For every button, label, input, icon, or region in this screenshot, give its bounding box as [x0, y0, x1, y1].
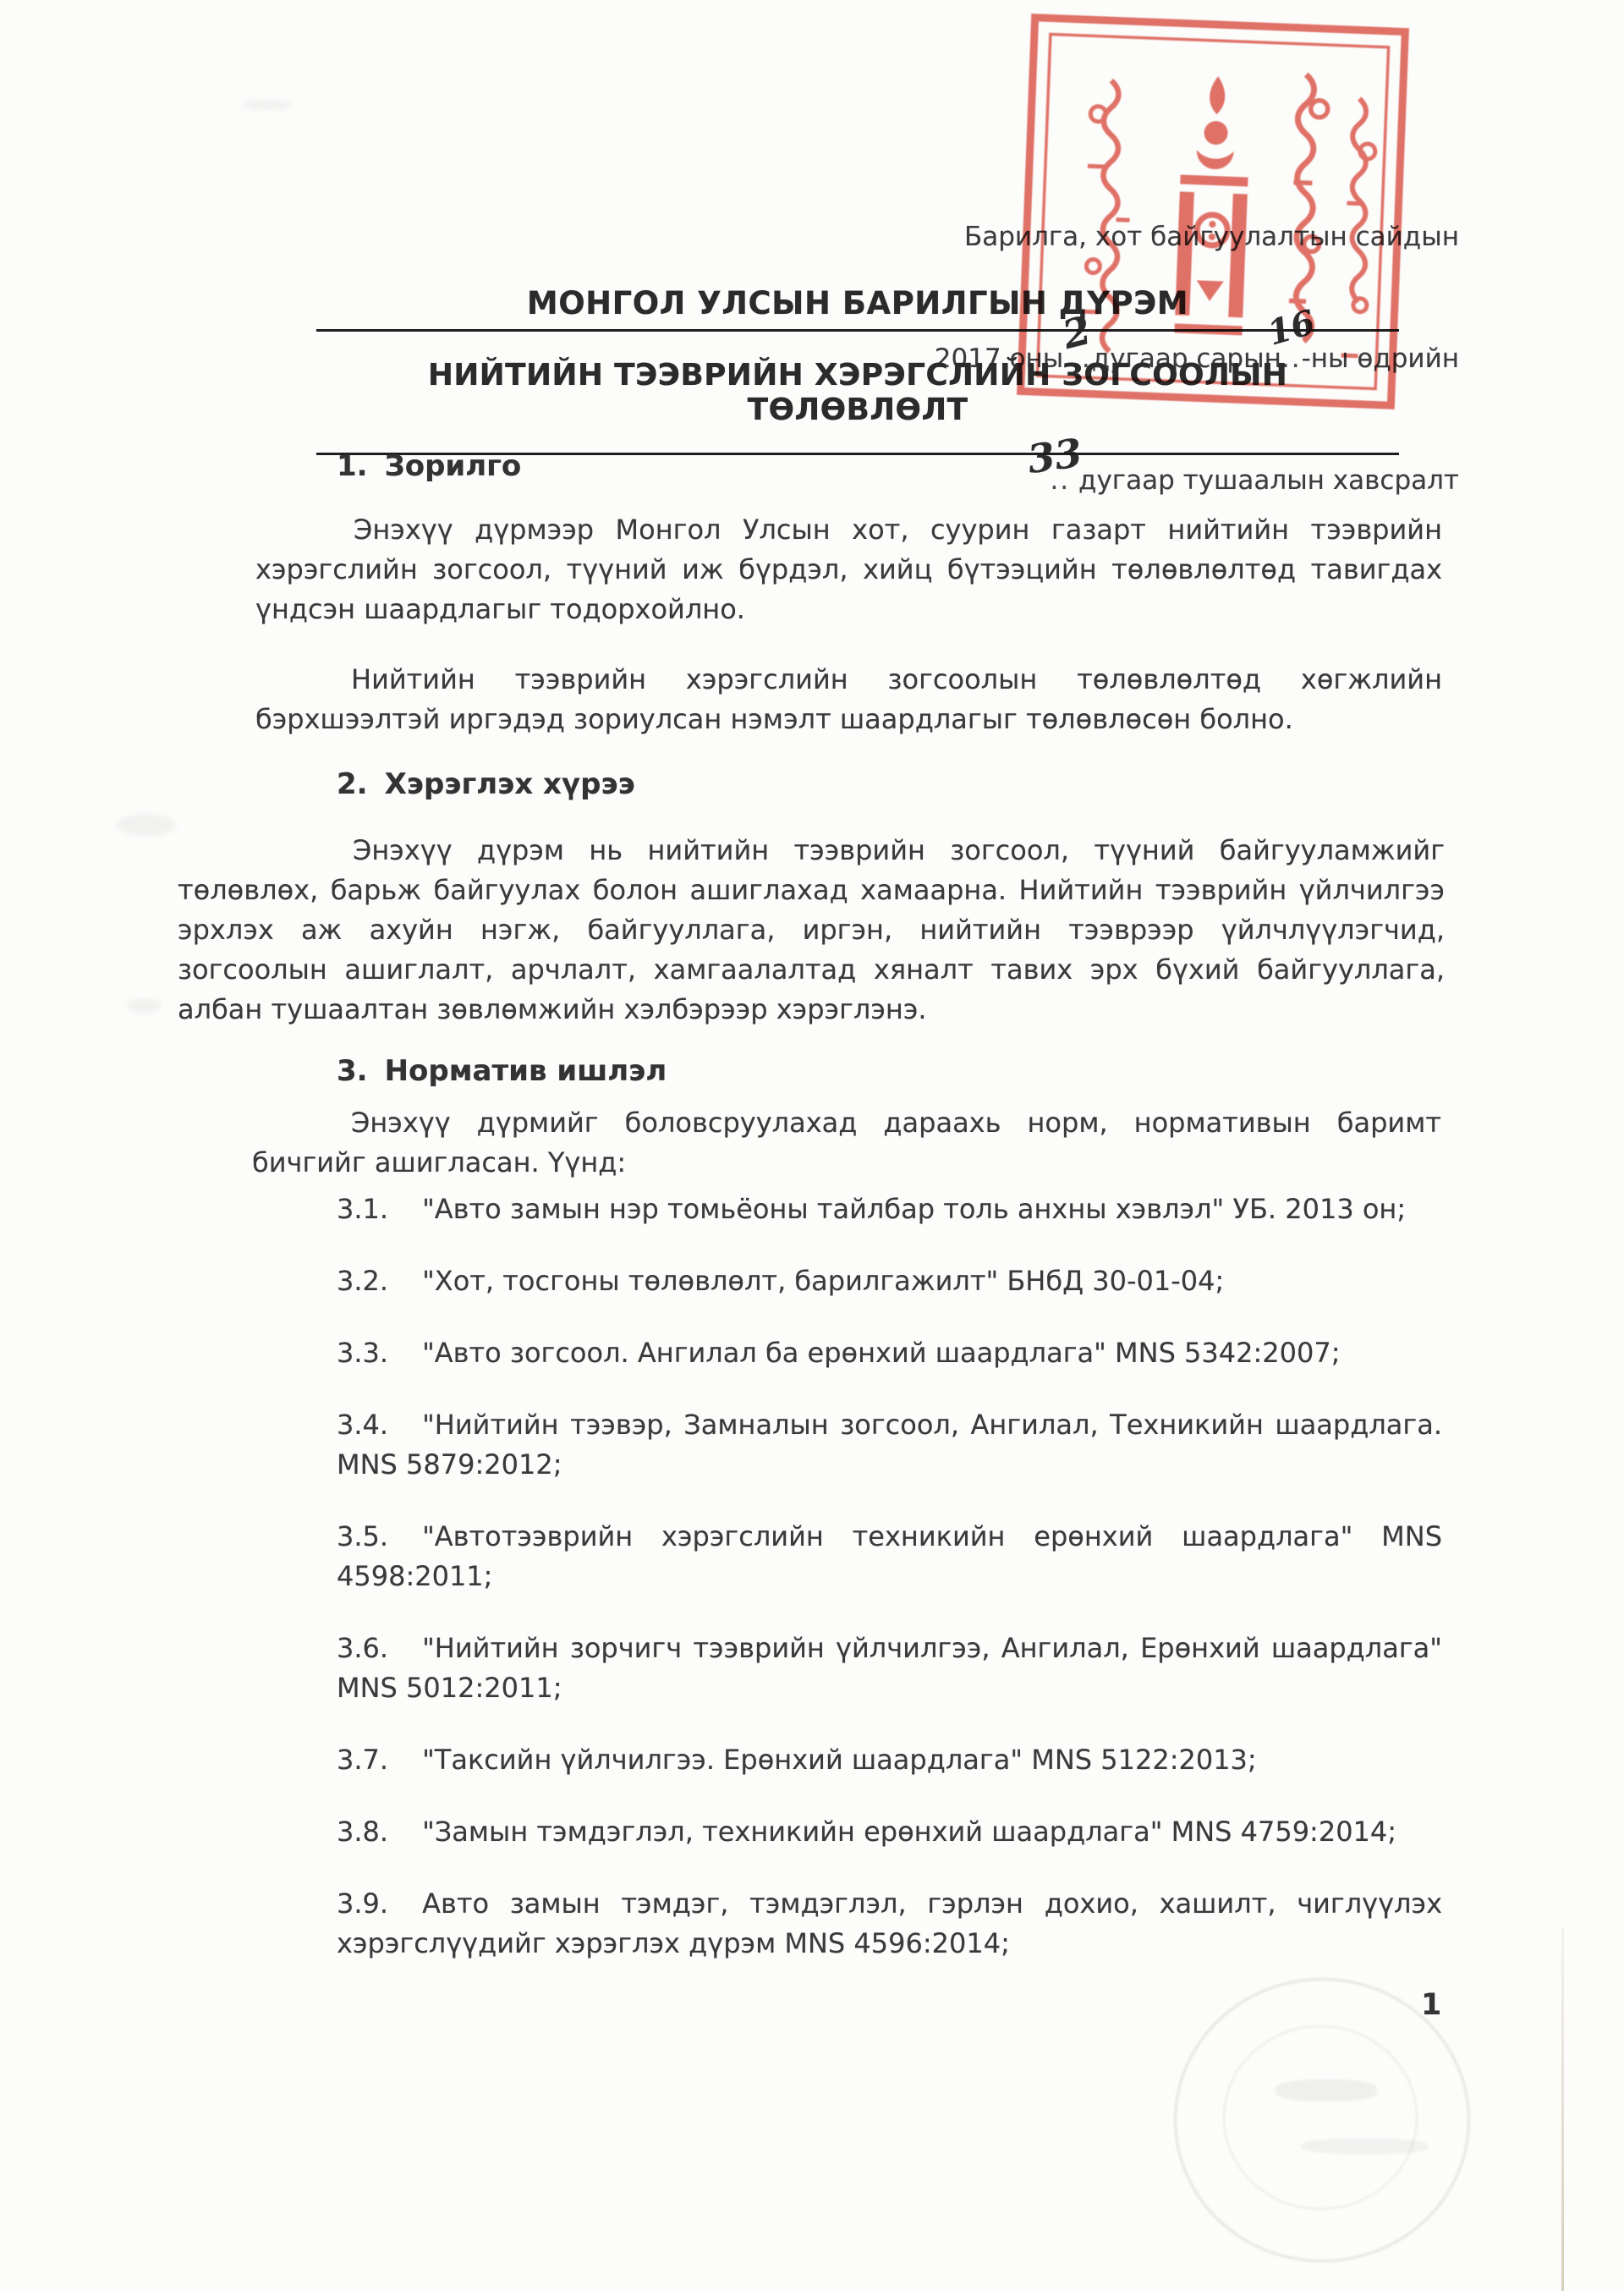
reference-item-3-2: 3.2."Хот, тосгоны төлөвлөлт, барилгажилт… [337, 1261, 1442, 1301]
section-3-paragraph-1: Энэхүү дүрмийг боловсруулахад дараахь но… [252, 1103, 1441, 1183]
section-2-paragraph-1: Энэхүү дүрэм нь нийтийн тээврийн зогсоол… [178, 831, 1445, 1030]
reference-number: 3.3. [337, 1337, 422, 1369]
reference-number: 3.1. [337, 1193, 422, 1225]
section-3-heading: 3.Норматив ишлэл [337, 1052, 1624, 1091]
reference-text: Авто замын тэмдэг, тэмдэглэл, гэрлэн дох… [337, 1887, 1442, 1959]
reference-text: "Авто зогсоол. Ангилал ба ерөнхий шаардл… [422, 1337, 1340, 1369]
section-1-paragraph-1: Энэхүү дүрмээр Монгол Улсын хот, суурин … [255, 510, 1442, 629]
seal-outer-border [1021, 18, 1406, 405]
reference-item-3-1: 3.1."Авто замын нэр томьёоны тайлбар тол… [337, 1189, 1442, 1229]
reference-text: "Автотээврийн хэрэгслийн техникийн ерөнх… [337, 1520, 1442, 1592]
reference-number: 3.6. [337, 1632, 422, 1664]
reference-item-3-7: 3.7."Таксийн үйлчилгээ. Ерөнхий шаардлаг… [337, 1740, 1442, 1780]
seal-right-script-column [1287, 74, 1379, 356]
reference-item-3-5: 3.5."Автотээврийн хэрэгслийн техникийн е… [337, 1517, 1442, 1596]
reference-text: "Нийтийн тээвэр, Замналын зогсоол, Ангил… [337, 1409, 1442, 1481]
section-2-heading: 2.Хэрэглэх хүрээ [337, 765, 1624, 805]
reference-number: 3.8. [337, 1816, 422, 1848]
reference-number: 3.5. [337, 1520, 422, 1552]
section-1-heading: 1.Зорилго [337, 447, 1624, 486]
section-3-number: 3. [337, 1054, 368, 1088]
seal-left-script-column [1081, 80, 1135, 352]
soyombo-seal-graphic [1014, 11, 1411, 411]
section-2-number: 2. [337, 767, 368, 801]
ghost-stamp-inner-circle [1223, 2025, 1418, 2210]
ghost-stamp-mark [1301, 2139, 1428, 2154]
page-number: 1 [1421, 1988, 1441, 2022]
reference-text: "Замын тэмдэглэл, техникийн ерөнхий шаар… [422, 1816, 1396, 1848]
reference-text: "Нийтийн зорчигч тээврийн үйлчилгээ, Анг… [337, 1632, 1442, 1704]
scan-smudge [242, 100, 293, 110]
section-1-paragraph-2: Нийтийн тээврийн хэрэгслийн зогсоолын тө… [255, 660, 1442, 739]
reference-item-3-3: 3.3."Авто зогсоол. Ангилал ба ерөнхий ша… [337, 1333, 1442, 1373]
reference-item-3-4: 3.4."Нийтийн тээвэр, Замналын зогсоол, А… [337, 1405, 1442, 1485]
reference-list: 3.1."Авто замын нэр томьёоны тайлбар тол… [337, 1189, 1442, 1964]
reference-text: "Таксийн үйлчилгээ. Ерөнхий шаардлага" M… [422, 1744, 1257, 1776]
seal-soyombo-emblem [1174, 75, 1252, 336]
reference-text: "Авто замын нэр томьёоны тайлбар толь ан… [422, 1193, 1406, 1225]
section-1-number: 1. [337, 449, 368, 483]
ghost-stamp-mark [1276, 2079, 1377, 2101]
section-2-title: Хэрэглэх хүрээ [385, 767, 635, 801]
document-body: 1.Зорилго Энэхүү дүрмээр Монгол Улсын хо… [0, 442, 1624, 1996]
section-1-title: Зорилго [385, 449, 522, 483]
reference-item-3-9: 3.9.Авто замын тэмдэг, тэмдэглэл, гэрлэн… [337, 1884, 1442, 1964]
reference-item-3-8: 3.8."Замын тэмдэглэл, техникийн ерөнхий … [337, 1812, 1442, 1852]
reference-number: 3.7. [337, 1744, 422, 1776]
red-official-seal-stamp [1014, 11, 1411, 411]
reference-number: 3.4. [337, 1409, 422, 1441]
reference-number: 3.2. [337, 1265, 422, 1297]
reference-text: "Хот, тосгоны төлөвлөлт, барилгажилт" БН… [422, 1265, 1224, 1297]
section-3-title: Норматив ишлэл [385, 1054, 667, 1088]
scanned-document-page: Барилга, хот байгуулалтын сайдын 2017 он… [0, 0, 1624, 2291]
reference-number: 3.9. [337, 1887, 422, 1920]
reference-item-3-6: 3.6."Нийтийн зорчигч тээврийн үйлчилгээ,… [337, 1629, 1442, 1708]
